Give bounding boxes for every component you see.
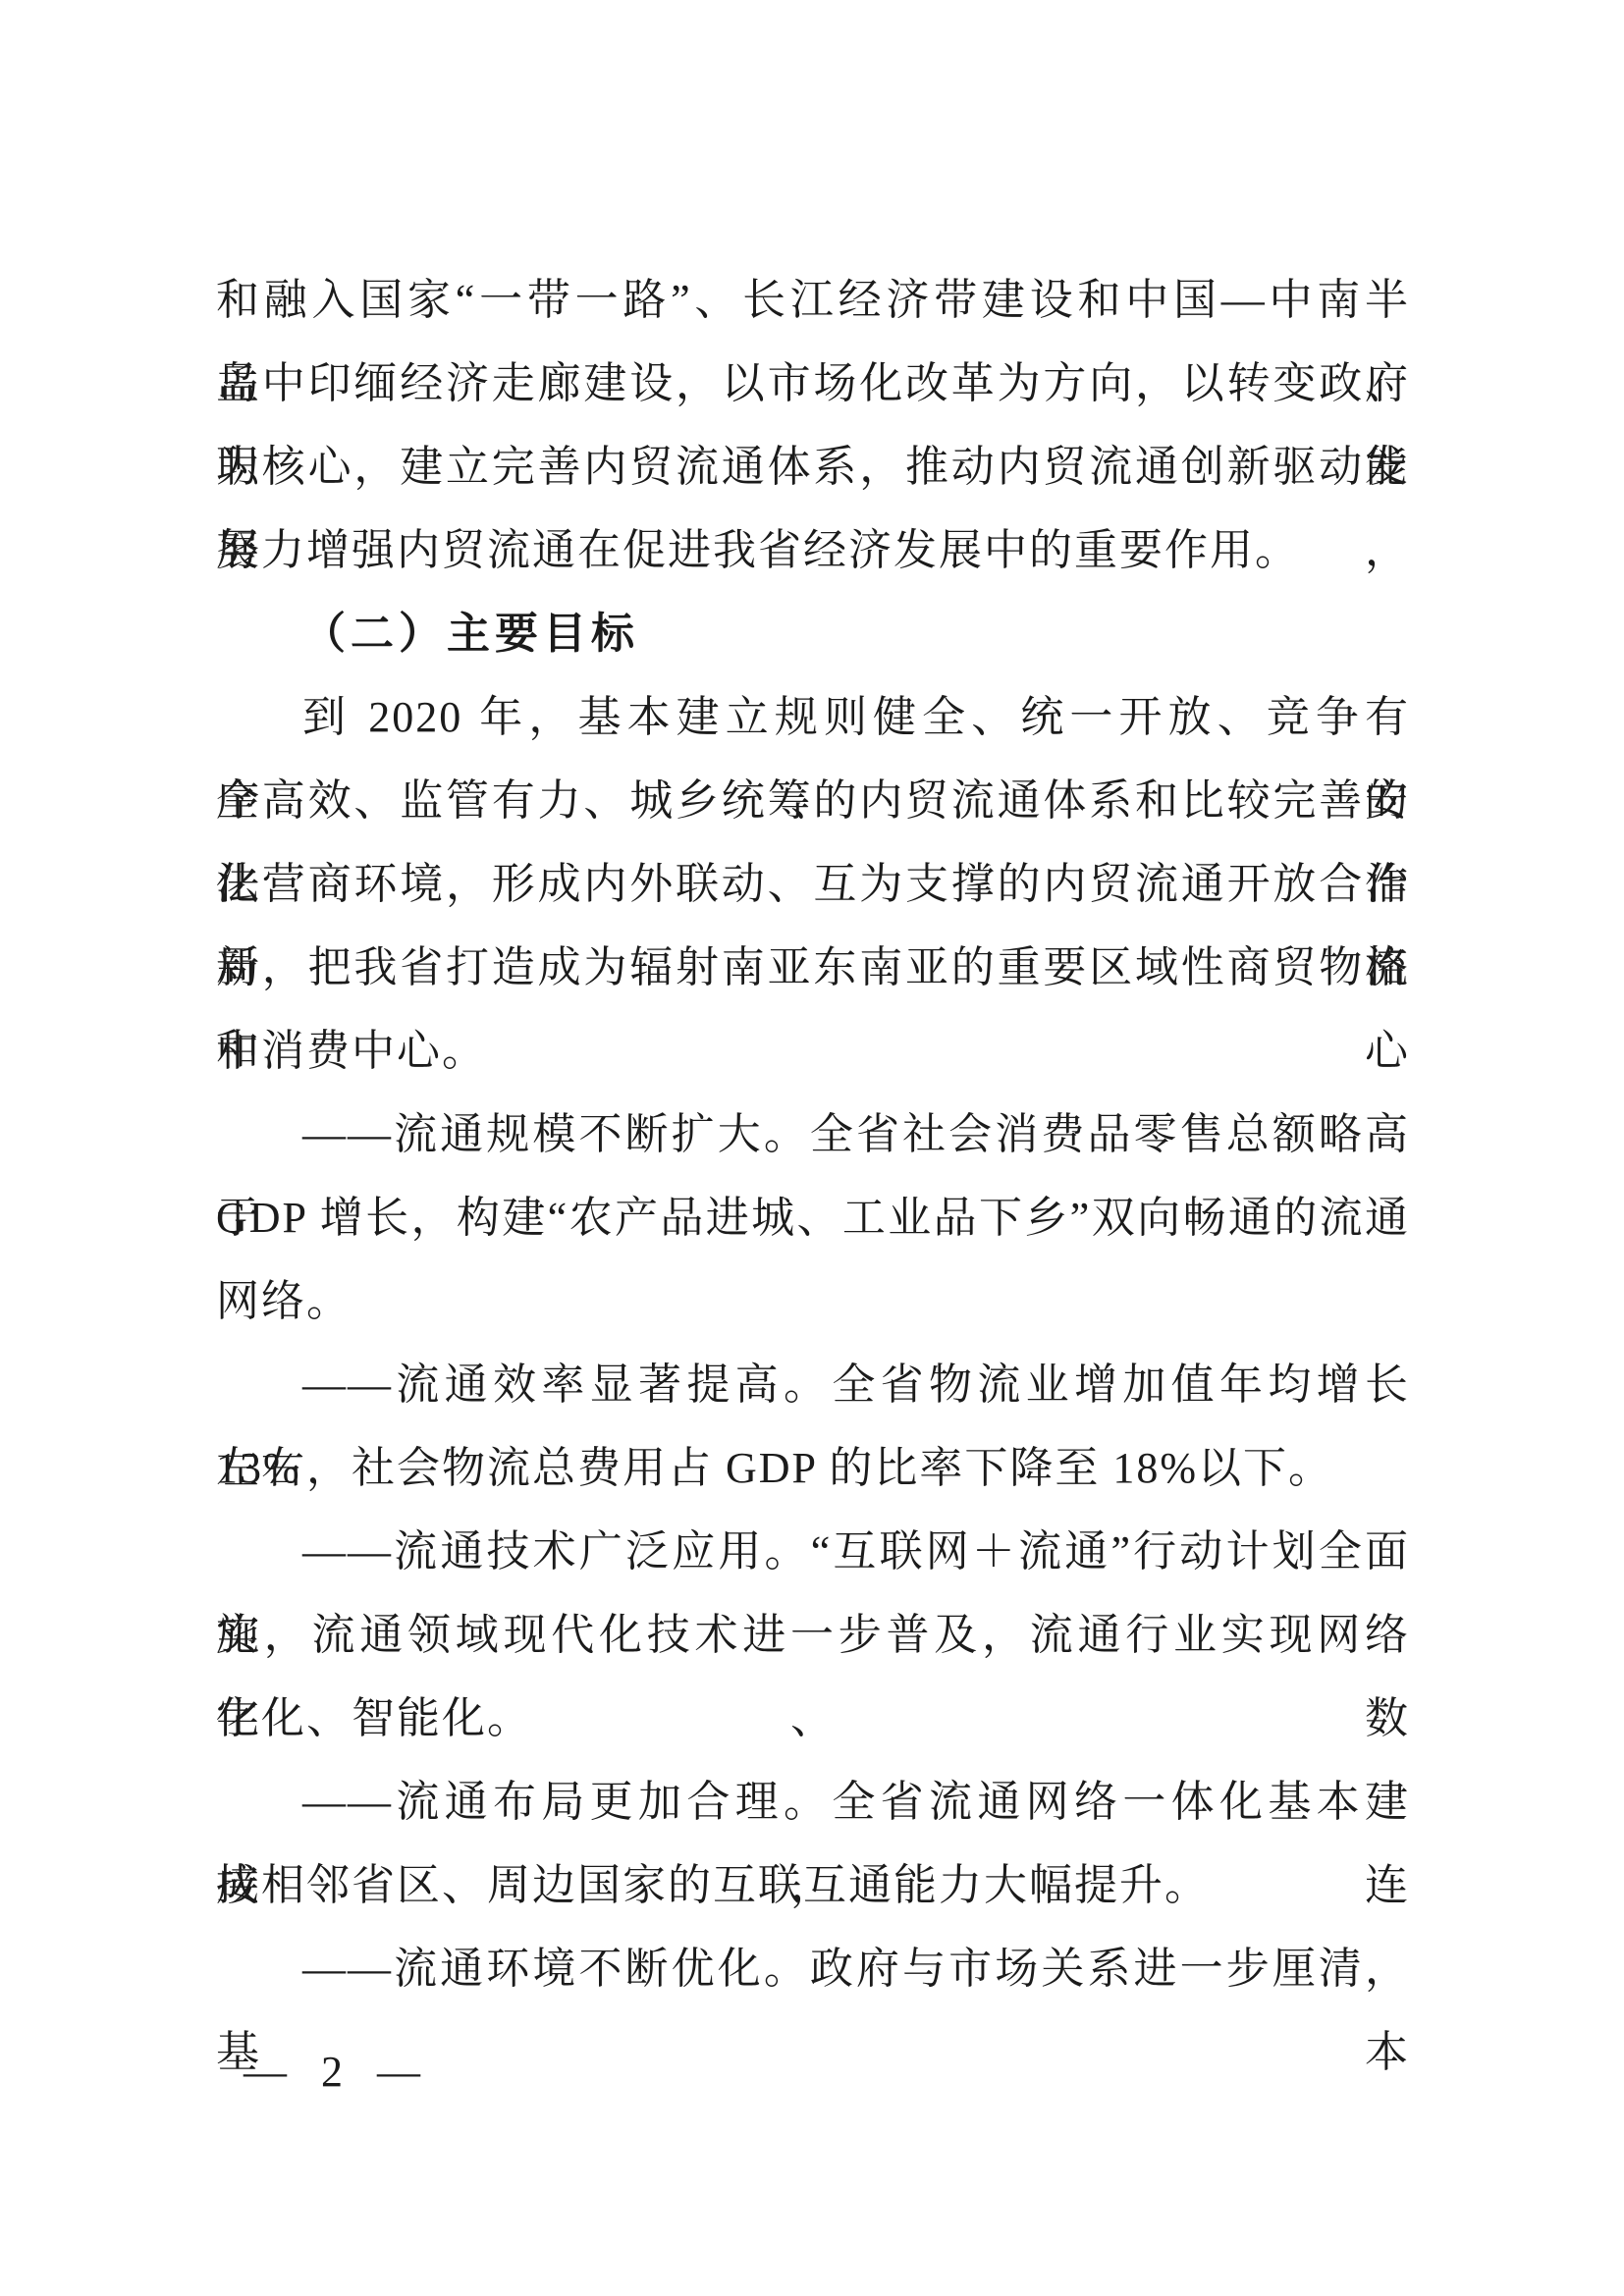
text-line: ——流通技术广泛应用。“互联网＋流通”行动计划全面实 bbox=[216, 1510, 1410, 1593]
page-number: — 2 — bbox=[244, 2048, 432, 2097]
text-line: ——流通规模不断扩大。全省社会消费品零售总额略高于 bbox=[216, 1093, 1410, 1176]
text-line: 网络。 bbox=[216, 1259, 1410, 1343]
text-line: ——流通布局更加合理。全省流通网络一体化基本建成，连 bbox=[216, 1760, 1410, 1843]
text-line: 全高效、监管有力、城乡统筹的内贸流通体系和比较完善的法治 bbox=[216, 759, 1410, 842]
text-line: 化营商环境，形成内外联动、互为支撑的内贸流通开放合作新格 bbox=[216, 842, 1410, 926]
text-line: 局，把我省打造成为辐射南亚东南亚的重要区域性商贸物流中心 bbox=[216, 926, 1410, 1009]
text-line: 和融入国家“一带一路”、长江经济带建设和中国—中南半岛、 bbox=[216, 258, 1410, 342]
text-line: 左右，社会物流总费用占 GDP 的比率下降至 18%以下。 bbox=[216, 1426, 1410, 1510]
text-line: ——流通环境不断优化。政府与市场关系进一步厘清，基本 bbox=[216, 1927, 1410, 2010]
document-lines: 和融入国家“一带一路”、长江经济带建设和中国—中南半岛、孟中印缅经济走廊建设，以… bbox=[216, 258, 1410, 2010]
text-line: 为核心，建立完善内贸流通体系，推动内贸流通创新驱动发展， bbox=[216, 425, 1410, 508]
text-line: 努力增强内贸流通在促进我省经济发展中的重要作用。 bbox=[216, 508, 1410, 592]
text-line: GDP 增长，构建“农产品进城、工业品下乡”双向畅通的流通 bbox=[216, 1176, 1410, 1259]
text-line: ——流通效率显著提高。全省物流业增加值年均增长 13% bbox=[216, 1343, 1410, 1426]
text-line: 到 2020 年，基本建立规则健全、统一开放、竞争有序、安 bbox=[216, 675, 1410, 759]
text-line: 孟中印缅经济走廊建设，以市场化改革为方向，以转变政府职能 bbox=[216, 342, 1410, 425]
text-line: 施，流通领域现代化技术进一步普及，流通行业实现网络化、数 bbox=[216, 1593, 1410, 1677]
document-page: 和融入国家“一带一路”、长江经济带建设和中国—中南半岛、孟中印缅经济走廊建设，以… bbox=[0, 0, 1624, 2296]
section-heading: （二）主要目标 bbox=[216, 592, 1410, 675]
